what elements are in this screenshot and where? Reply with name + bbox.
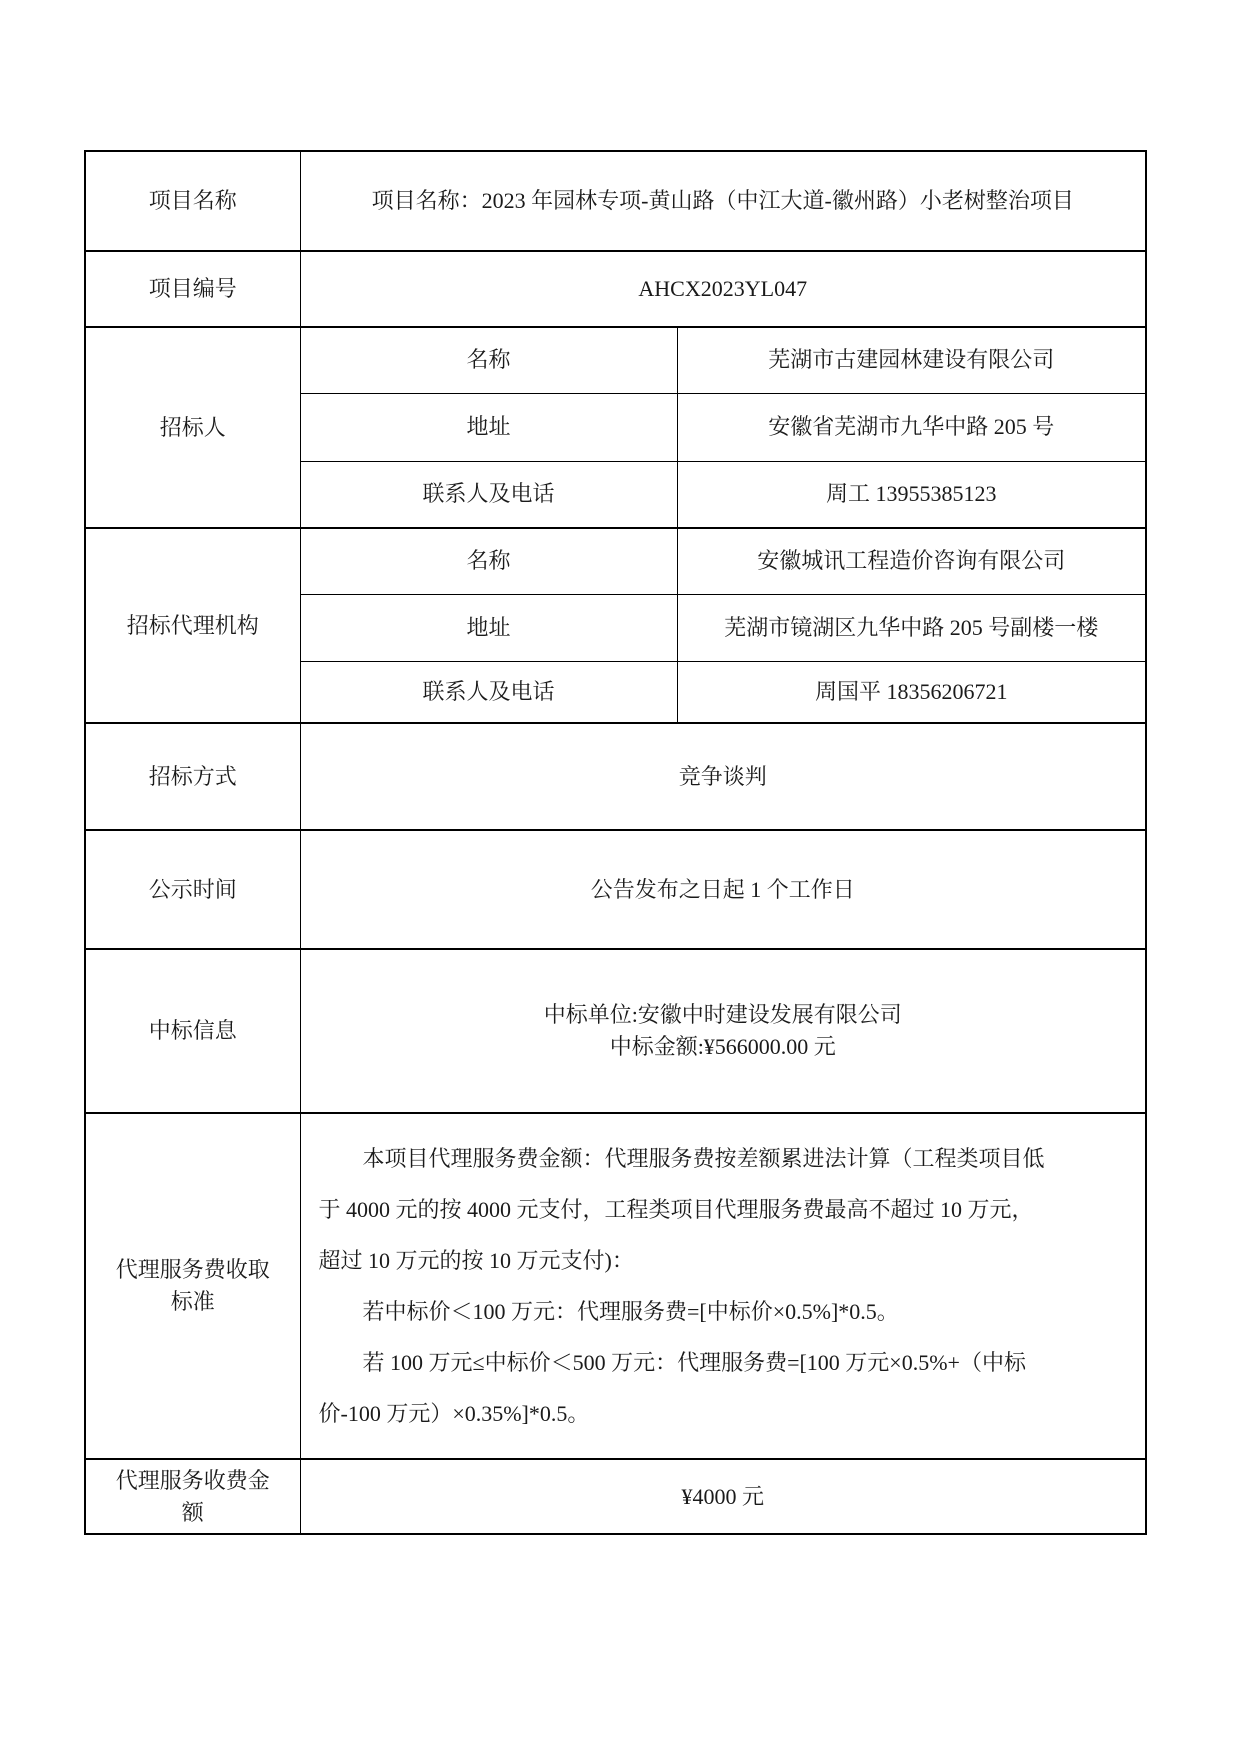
value-project-number: AHCX2023YL047 (300, 251, 1146, 327)
agency-contact-value: 周国平 18356206721 (677, 661, 1146, 723)
value-publicity-period: 公告发布之日起 1 个工作日 (300, 830, 1146, 949)
label-project-name: 项目名称 (85, 151, 300, 251)
value-project-name: 项目名称：2023 年园林专项-黄山路（中江大道-徽州路）小老树整治项目 (300, 151, 1146, 251)
agency-address-key: 地址 (300, 594, 677, 661)
tenderer-contact-key: 联系人及电话 (300, 461, 677, 528)
label-agency-fee-standard: 代理服务费收取 标准 (85, 1113, 300, 1459)
tenderer-name-value: 芜湖市古建园林建设有限公司 (677, 327, 1146, 393)
label-award-info: 中标信息 (85, 949, 300, 1113)
project-info-table: 项目名称 项目名称：2023 年园林专项-黄山路（中江大道-徽州路）小老树整治项… (84, 150, 1147, 1535)
label-project-number: 项目编号 (85, 251, 300, 327)
agency-address-value: 芜湖市镜湖区九华中路 205 号副楼一楼 (677, 594, 1146, 661)
agency-name-value: 安徽城讯工程造价咨询有限公司 (677, 528, 1146, 594)
value-tender-method: 竞争谈判 (300, 723, 1146, 830)
tenderer-contact-value: 周工 13955385123 (677, 461, 1146, 528)
label-publicity-period: 公示时间 (85, 830, 300, 949)
value-agency-fee-standard: 本项目代理服务费金额：代理服务费按差额累进法计算（工程类项目低 于 4000 元… (300, 1113, 1146, 1459)
tenderer-name-key: 名称 (300, 327, 677, 393)
label-tender-method: 招标方式 (85, 723, 300, 830)
value-agency-fee-amount: ¥4000 元 (300, 1459, 1146, 1534)
document-page: 项目名称 项目名称：2023 年园林专项-黄山路（中江大道-徽州路）小老树整治项… (0, 0, 1240, 1753)
tenderer-address-value: 安徽省芜湖市九华中路 205 号 (677, 393, 1146, 461)
value-award-info: 中标单位:安徽中时建设发展有限公司 中标金额:¥566000.00 元 (300, 949, 1146, 1113)
agency-name-key: 名称 (300, 528, 677, 594)
label-tenderer: 招标人 (85, 327, 300, 528)
label-agency-fee-amount: 代理服务收费金 额 (85, 1459, 300, 1534)
label-agency: 招标代理机构 (85, 528, 300, 723)
tenderer-address-key: 地址 (300, 393, 677, 461)
agency-contact-key: 联系人及电话 (300, 661, 677, 723)
